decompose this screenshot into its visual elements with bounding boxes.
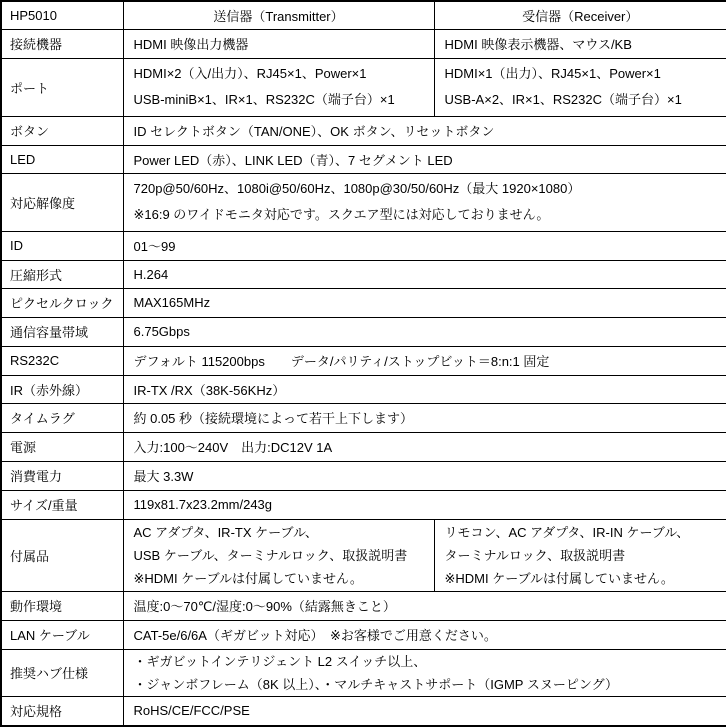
spec-label: 対応規格 [1, 696, 123, 726]
spec-label: ID [1, 231, 123, 260]
table-row-compression: 圧縮形式 H.264 [1, 260, 726, 288]
receiver-column-header: 受信器（Receiver） [434, 1, 726, 29]
table-row-power: 電源 入力:100～240V 出力:DC12V 1A [1, 432, 726, 461]
table-row-time-lag: タイムラグ 約 0.05 秒（接続環境によって若干上下します） [1, 403, 726, 432]
table-row-led: LED Power LED（赤）、LINK LED（青）、7 セグメント LED [1, 145, 726, 173]
spec-value-line: ※16:9 のワイドモニタ対応です。スクエア型には対応しておりません。 [134, 202, 721, 228]
table-row-size-weight: サイズ/重量 119x81.7x23.2mm/243g [1, 490, 726, 519]
spec-label: 消費電力 [1, 461, 123, 490]
spec-value-line: AC アダプタ、IR-TX ケーブル、 [134, 521, 428, 544]
table-row-id: ID 01～99 [1, 231, 726, 260]
spec-label: タイムラグ [1, 403, 123, 432]
spec-value-rx: HDMI×1（出力）、RJ45×1、Power×1 USB-A×2、IR×1、R… [434, 58, 726, 116]
table-row-ports: ポート HDMI×2（入/出力）、RJ45×1、Power×1 USB-mini… [1, 58, 726, 116]
spec-label: RS232C [1, 346, 123, 375]
spec-value-line: USB ケーブル、ターミナルロック、取扱説明書 [134, 544, 428, 567]
spec-value-line: HDMI×2（入/出力）、RJ45×1、Power×1 [134, 61, 428, 87]
spec-label: 電源 [1, 432, 123, 461]
table-row-pixel-clock: ピクセルクロック MAX165MHz [1, 288, 726, 317]
spec-label: ボタン [1, 116, 123, 145]
table-row-resolution: 対応解像度 720p@50/60Hz、1080i@50/60Hz、1080p@3… [1, 173, 726, 231]
spec-label: IR（赤外線） [1, 375, 123, 403]
spec-label: 圧縮形式 [1, 260, 123, 288]
spec-value-tx: AC アダプタ、IR-TX ケーブル、 USB ケーブル、ターミナルロック、取扱… [123, 519, 434, 591]
spec-label: ピクセルクロック [1, 288, 123, 317]
spec-value-line: USB-miniB×1、IR×1、RS232C（端子台）×1 [134, 87, 428, 113]
spec-label: 接続機器 [1, 29, 123, 58]
spec-value-line: HDMI×1（出力）、RJ45×1、Power×1 [445, 61, 721, 87]
spec-label: LED [1, 145, 123, 173]
spec-value: IR-TX /RX（38K-56KHz） [123, 375, 726, 403]
table-row-standards: 対応規格 RoHS/CE/FCC/PSE [1, 696, 726, 726]
spec-value-tx: HDMI×2（入/出力）、RJ45×1、Power×1 USB-miniB×1、… [123, 58, 434, 116]
header-row: HP5010 送信器（Transmitter） 受信器（Receiver） [1, 1, 726, 29]
spec-table: HP5010 送信器（Transmitter） 受信器（Receiver） 接続… [0, 0, 726, 727]
table-row-accessories: 付属品 AC アダプタ、IR-TX ケーブル、 USB ケーブル、ターミナルロッ… [1, 519, 726, 591]
spec-value: 約 0.05 秒（接続環境によって若干上下します） [123, 403, 726, 432]
spec-value-line: ・ギガビットインテリジェント L2 スイッチ以上、 [134, 650, 721, 673]
spec-value: ・ギガビットインテリジェント L2 スイッチ以上、 ・ジャンボフレーム（8K 以… [123, 649, 726, 696]
spec-value: ID セレクトボタン（TAN/ONE）、OK ボタン、リセットボタン [123, 116, 726, 145]
spec-value-line: リモコン、AC アダプタ、IR-IN ケーブル、 [445, 521, 721, 544]
spec-label: LAN ケーブル [1, 620, 123, 649]
spec-value: 6.75Gbps [123, 317, 726, 346]
spec-value-line: ターミナルロック、取扱説明書 [445, 544, 721, 567]
spec-label: ポート [1, 58, 123, 116]
spec-value-line: USB-A×2、IR×1、RS232C（端子台）×1 [445, 87, 721, 113]
spec-value: デフォルト 115200bps データ/パリティ/ストップビット＝8:n:1 固… [123, 346, 726, 375]
model-number: HP5010 [1, 1, 123, 29]
spec-value: 温度:0～70℃/湿度:0～90%（結露無きこと） [123, 591, 726, 620]
spec-value: 最大 3.3W [123, 461, 726, 490]
table-row-buttons: ボタン ID セレクトボタン（TAN/ONE）、OK ボタン、リセットボタン [1, 116, 726, 145]
table-row-power-consumption: 消費電力 最大 3.3W [1, 461, 726, 490]
spec-value: Power LED（赤）、LINK LED（青）、7 セグメント LED [123, 145, 726, 173]
spec-value-line: ・ジャンボフレーム（8K 以上）、・マルチキャストサポート（IGMP スヌーピン… [134, 673, 721, 696]
table-row-rs232c: RS232C デフォルト 115200bps データ/パリティ/ストップビット＝… [1, 346, 726, 375]
spec-value-line: ※HDMI ケーブルは付属していません。 [445, 567, 721, 590]
spec-value: 720p@50/60Hz、1080i@50/60Hz、1080p@30/50/6… [123, 173, 726, 231]
spec-label: 付属品 [1, 519, 123, 591]
spec-value-line: 720p@50/60Hz、1080i@50/60Hz、1080p@30/50/6… [134, 176, 721, 202]
spec-label: サイズ/重量 [1, 490, 123, 519]
spec-value: RoHS/CE/FCC/PSE [123, 696, 726, 726]
spec-label: 対応解像度 [1, 173, 123, 231]
spec-label: 推奨ハブ仕様 [1, 649, 123, 696]
spec-value: 入力:100～240V 出力:DC12V 1A [123, 432, 726, 461]
table-row-operating-environment: 動作環境 温度:0～70℃/湿度:0～90%（結露無きこと） [1, 591, 726, 620]
spec-value: H.264 [123, 260, 726, 288]
spec-label: 通信容量帯域 [1, 317, 123, 346]
spec-value-line: ※HDMI ケーブルは付属していません。 [134, 567, 428, 590]
spec-label: 動作環境 [1, 591, 123, 620]
spec-value-rx: HDMI 映像表示機器、マウス/KB [434, 29, 726, 58]
table-row-lan-cable: LAN ケーブル CAT-5e/6/6A（ギガビット対応） ※お客様でご用意くだ… [1, 620, 726, 649]
table-row-connected-devices: 接続機器 HDMI 映像出力機器 HDMI 映像表示機器、マウス/KB [1, 29, 726, 58]
table-row-bandwidth: 通信容量帯域 6.75Gbps [1, 317, 726, 346]
table-row-recommended-hub: 推奨ハブ仕様 ・ギガビットインテリジェント L2 スイッチ以上、 ・ジャンボフレ… [1, 649, 726, 696]
spec-value: CAT-5e/6/6A（ギガビット対応） ※お客様でご用意ください。 [123, 620, 726, 649]
transmitter-column-header: 送信器（Transmitter） [123, 1, 434, 29]
spec-value: 119x81.7x23.2mm/243g [123, 490, 726, 519]
table-row-ir: IR（赤外線） IR-TX /RX（38K-56KHz） [1, 375, 726, 403]
spec-value-rx: リモコン、AC アダプタ、IR-IN ケーブル、 ターミナルロック、取扱説明書 … [434, 519, 726, 591]
spec-value: MAX165MHz [123, 288, 726, 317]
spec-value-tx: HDMI 映像出力機器 [123, 29, 434, 58]
spec-value: 01～99 [123, 231, 726, 260]
